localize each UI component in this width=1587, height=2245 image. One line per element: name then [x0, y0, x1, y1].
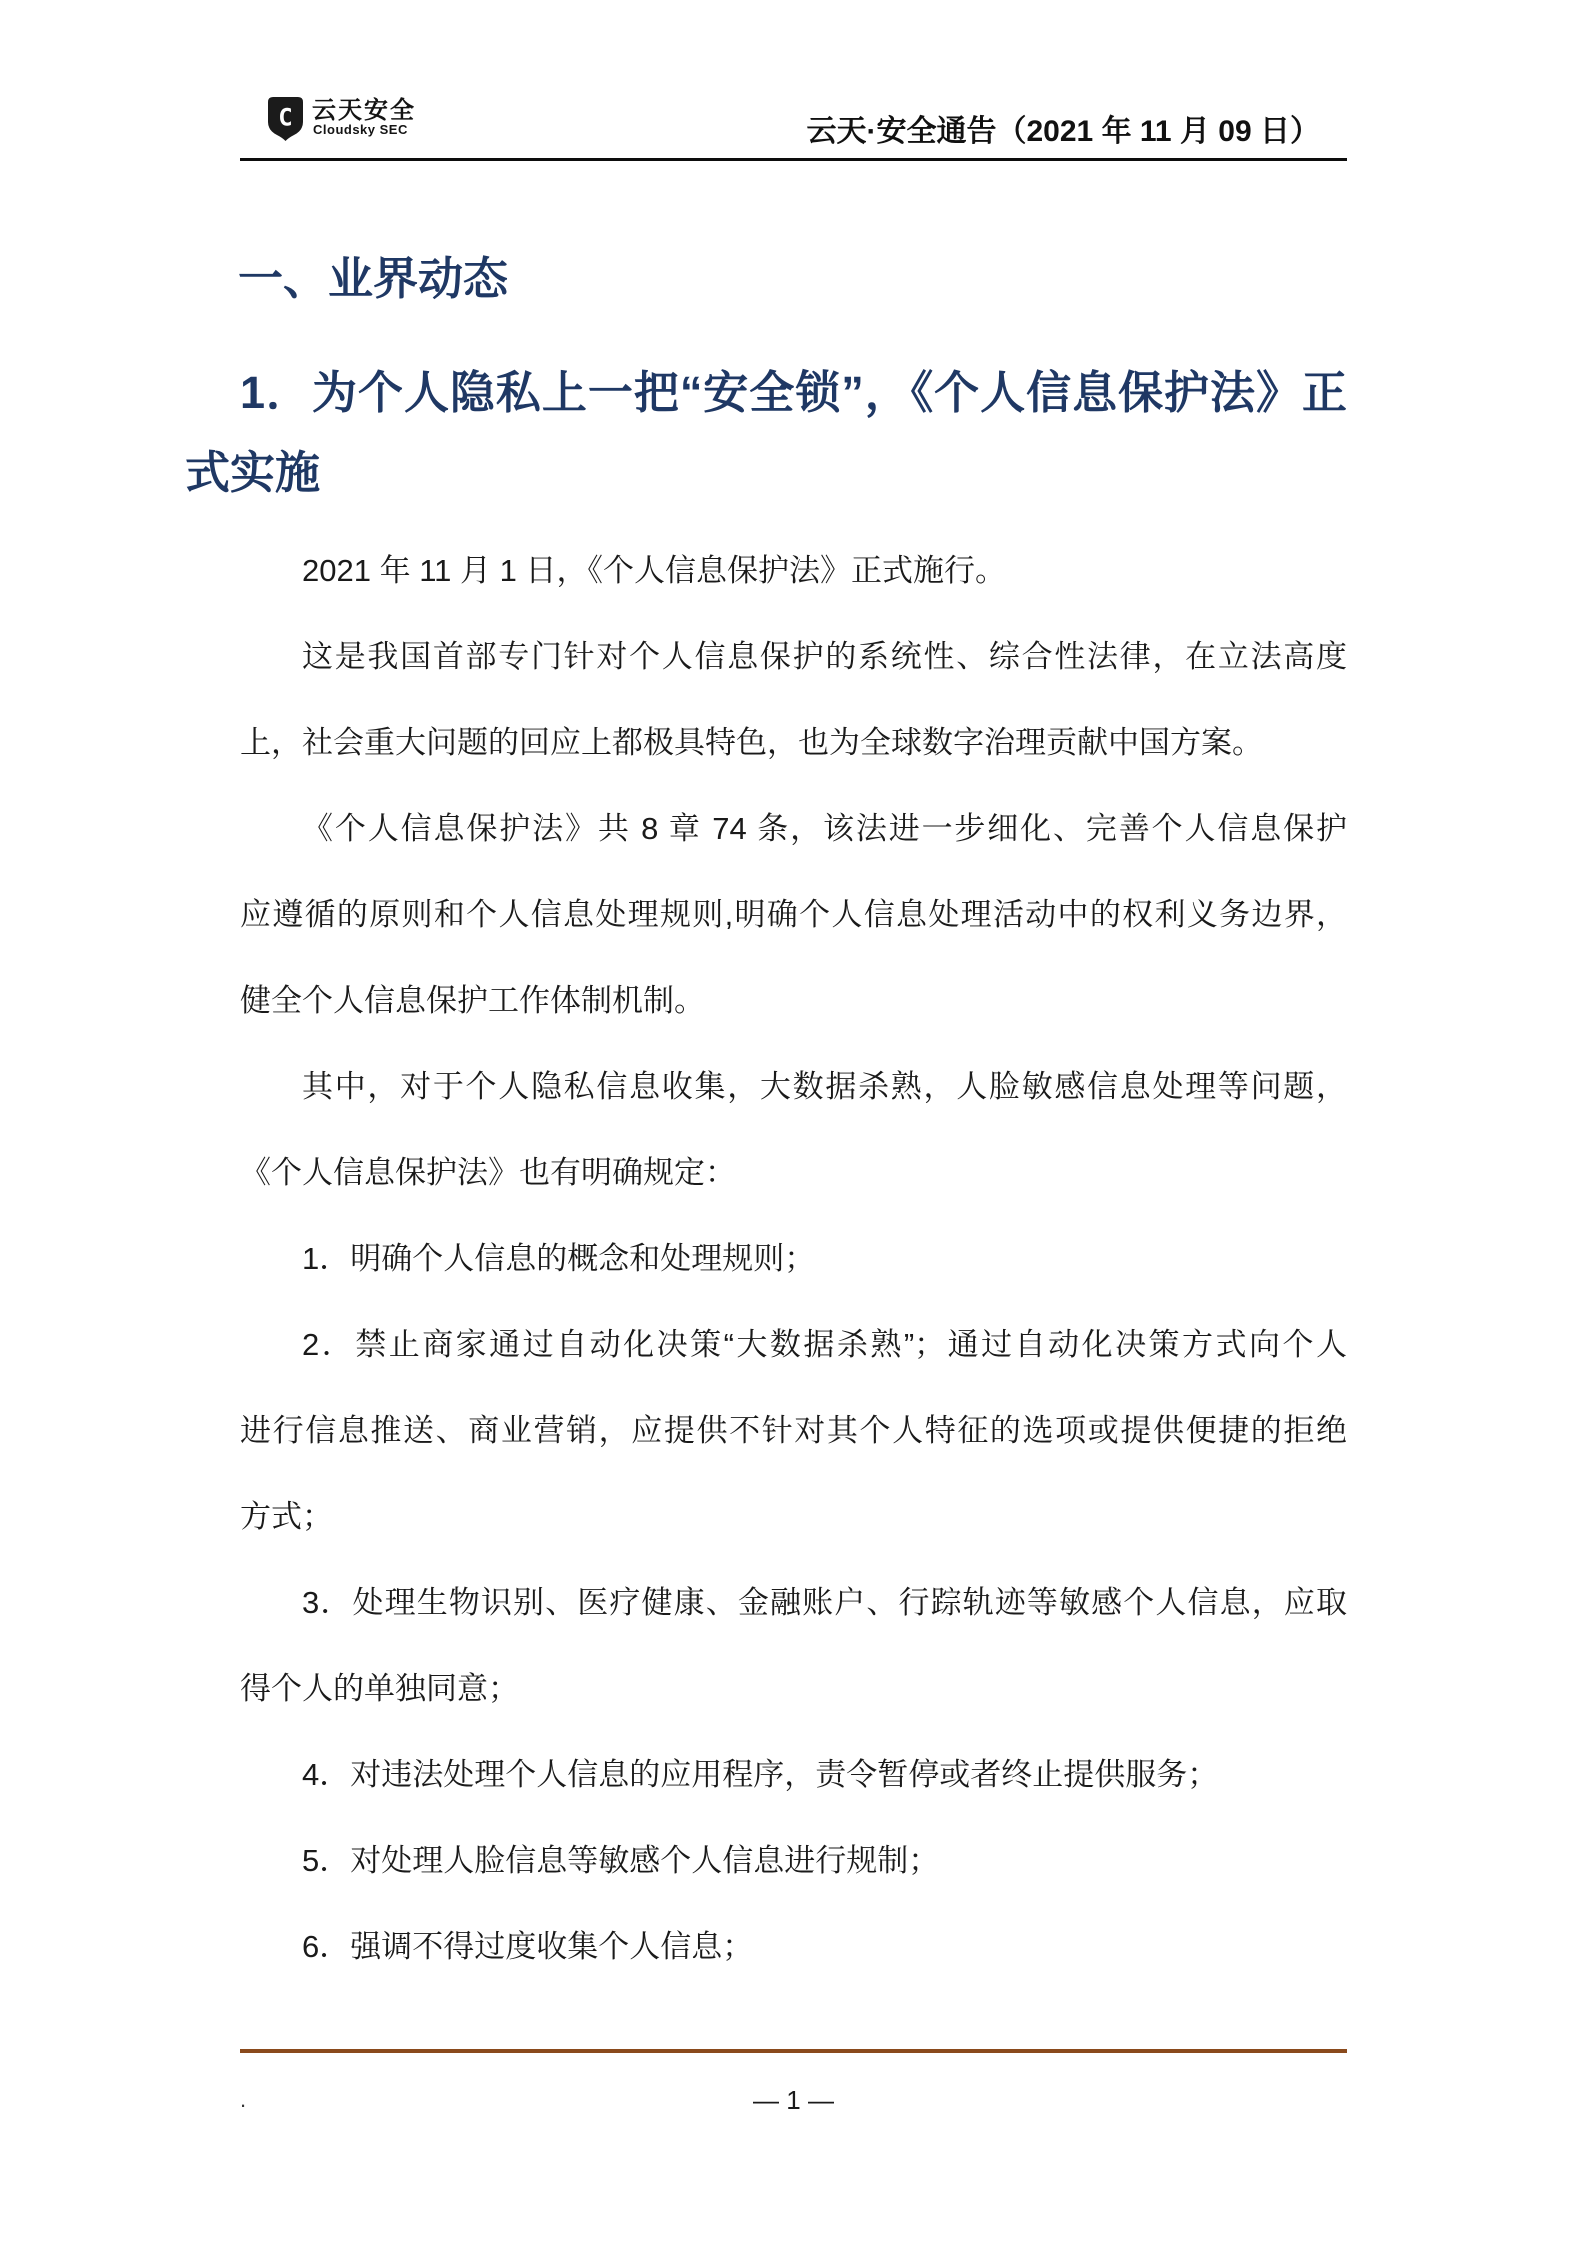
footer-rule [240, 2049, 1347, 2053]
page-number: — 1 — [240, 2082, 1347, 2118]
body-line: 4．对违法处理个人信息的应用程序，责令暂停或者终止提供服务； [240, 1732, 1347, 1818]
paragraph: 《个人信息保护法》共 8 章 74 条，该法进一步细化、完善个人信息保护应遵循的… [240, 786, 1347, 1044]
paragraph: 2021 年 11 月 1 日，《个人信息保护法》正式施行。 [240, 528, 1347, 614]
body-line: 得个人的单独同意； [240, 1646, 1347, 1732]
paragraph: 2．禁止商家通过自动化决策“大数据杀熟”；通过自动化决策方式向个人进行信息推送、… [240, 1302, 1347, 1560]
body-line: 《个人信息保护法》共 8 章 74 条，该法进一步细化、完善个人信息保护 [240, 786, 1347, 872]
body-line: 6．强调不得过度收集个人信息； [240, 1904, 1347, 1990]
body-line: 5．对处理人脸信息等敏感个人信息进行规制； [240, 1818, 1347, 1904]
article-heading-line: 1．为个人隐私上一把“安全锁”，《个人信息保护法》正 [240, 366, 1347, 420]
article-heading: 1．为个人隐私上一把“安全锁”，《个人信息保护法》正式实施 [185, 366, 1347, 500]
body-line: 3．处理生物识别、医疗健康、金融账户、行踪轨迹等敏感个人信息，应取 [240, 1560, 1347, 1646]
body-line: 2．禁止商家通过自动化决策“大数据杀熟”；通过自动化决策方式向个人 [240, 1302, 1347, 1388]
body-text: 2021 年 11 月 1 日，《个人信息保护法》正式施行。这是我国首部专门针对… [240, 528, 1347, 1990]
body-line: 进行信息推送、商业营销，应提供不针对其个人特征的选项或提供便捷的拒绝 [240, 1388, 1347, 1474]
paragraph: 这是我国首部专门针对个人信息保护的系统性、综合性法律，在立法高度上，社会重大问题… [240, 614, 1347, 786]
header-rule [240, 158, 1347, 161]
body-line: 健全个人信息保护工作体制机制。 [240, 958, 1347, 1044]
body-line: 《个人信息保护法》也有明确规定： [240, 1130, 1347, 1216]
paragraph: 3．处理生物识别、医疗健康、金融账户、行踪轨迹等敏感个人信息，应取得个人的单独同… [240, 1560, 1347, 1732]
bulletin-title: 云天·安全通告（2021 年 11 月 09 日） [240, 112, 1320, 152]
paragraph: 4．对违法处理个人信息的应用程序，责令暂停或者终止提供服务； [240, 1732, 1347, 1818]
body-line: 上，社会重大问题的回应上都极具特色，也为全球数字治理贡献中国方案。 [240, 700, 1347, 786]
body-line: 1．明确个人信息的概念和处理规则； [240, 1216, 1347, 1302]
paragraph: 6．强调不得过度收集个人信息； [240, 1904, 1347, 1990]
body-line: 这是我国首部专门针对个人信息保护的系统性、综合性法律，在立法高度 [240, 614, 1347, 700]
paragraph: 5．对处理人脸信息等敏感个人信息进行规制； [240, 1818, 1347, 1904]
body-line: 方式； [240, 1474, 1347, 1560]
article-heading-line: 式实施 [185, 446, 1347, 500]
document-page: C 云天安全 Cloudsky SEC 云天·安全通告（2021 年 11 月 … [0, 0, 1587, 2245]
paragraph: 1．明确个人信息的概念和处理规则； [240, 1216, 1347, 1302]
body-line: 2021 年 11 月 1 日，《个人信息保护法》正式施行。 [240, 528, 1347, 614]
section-heading: 一、业界动态 [238, 252, 508, 306]
body-line: 应遵循的原则和个人信息处理规则,明确个人信息处理活动中的权利义务边界， [240, 872, 1347, 958]
paragraph: 其中，对于个人隐私信息收集，大数据杀熟，人脸敏感信息处理等问题，《个人信息保护法… [240, 1044, 1347, 1216]
body-line: 其中，对于个人隐私信息收集，大数据杀熟，人脸敏感信息处理等问题， [240, 1044, 1347, 1130]
